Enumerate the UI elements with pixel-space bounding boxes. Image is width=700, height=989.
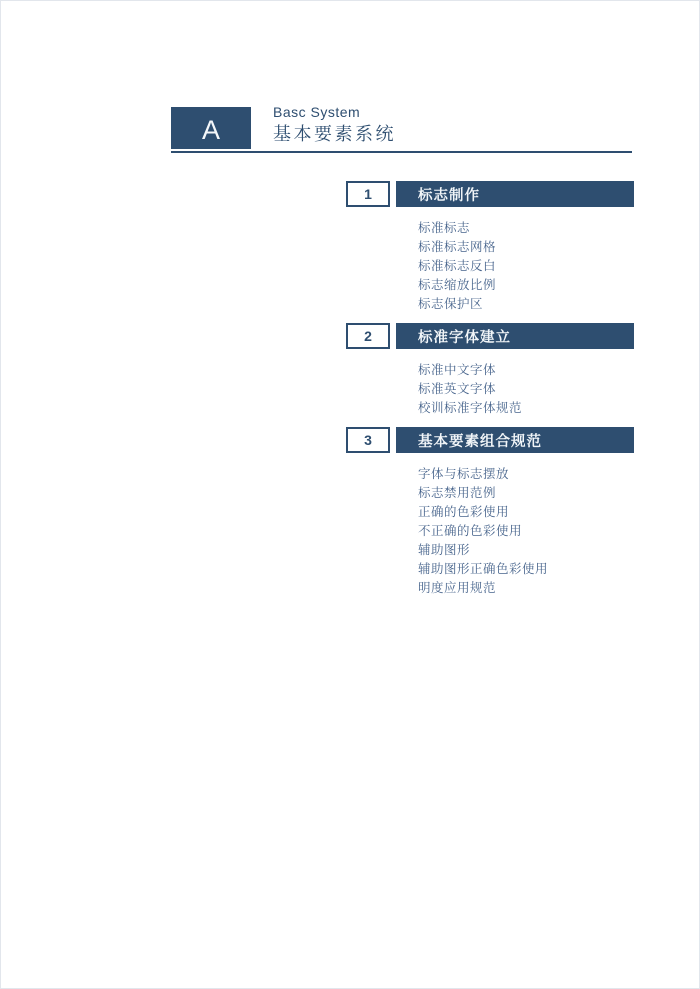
section-item-list: 字体与标志摆放 标志禁用范例 正确的色彩使用 不正确的色彩使用 辅助图形 辅助图…	[418, 465, 634, 598]
header-title-zh: 基本要素系统	[273, 122, 396, 147]
section-title: 基本要素组合规范	[418, 430, 542, 451]
header-titles: Basc System 基本要素系统	[273, 103, 396, 147]
section-title: 标准字体建立	[418, 326, 511, 347]
toc-item: 字体与标志摆放	[418, 465, 634, 484]
toc-section: 1 标志制作 标准标志 标准标志网格 标准标志反白 标志缩放比例 标志保护区	[346, 181, 634, 314]
header-rule	[171, 151, 632, 153]
section-number: 3	[364, 432, 372, 448]
toc-item: 辅助图形正确色彩使用	[418, 560, 634, 579]
toc-item: 明度应用规范	[418, 579, 634, 598]
toc-section: 3 基本要素组合规范 字体与标志摆放 标志禁用范例 正确的色彩使用 不正确的色彩…	[346, 427, 634, 598]
toc-item: 标志保护区	[418, 295, 634, 314]
section-title-bar: 标准字体建立	[396, 323, 634, 349]
toc-item: 标志缩放比例	[418, 276, 634, 295]
section-number-box: 3	[346, 427, 390, 453]
section-header: 1 标志制作	[346, 181, 634, 207]
toc-item: 标准标志反白	[418, 257, 634, 276]
toc-item: 不正确的色彩使用	[418, 522, 634, 541]
section-number: 1	[364, 186, 372, 202]
section-header: 3 基本要素组合规范	[346, 427, 634, 453]
toc-item: 辅助图形	[418, 541, 634, 560]
section-item-list: 标准标志 标准标志网格 标准标志反白 标志缩放比例 标志保护区	[418, 219, 634, 314]
section-header: 2 标准字体建立	[346, 323, 634, 349]
section-title: 标志制作	[418, 184, 480, 205]
header-title-en: Basc System	[273, 103, 396, 122]
section-title-bar: 基本要素组合规范	[396, 427, 634, 453]
toc-item: 标准英文字体	[418, 380, 634, 399]
toc-item: 标志禁用范例	[418, 484, 634, 503]
section-letter-box: A	[171, 107, 251, 149]
toc-item: 标准标志网格	[418, 238, 634, 257]
toc-item: 标准标志	[418, 219, 634, 238]
section-number-box: 1	[346, 181, 390, 207]
section-number-box: 2	[346, 323, 390, 349]
section-number: 2	[364, 328, 372, 344]
toc-section: 2 标准字体建立 标准中文字体 标准英文字体 校训标准字体规范	[346, 323, 634, 418]
toc-sections: 1 标志制作 标准标志 标准标志网格 标准标志反白 标志缩放比例 标志保护区 2…	[346, 181, 634, 607]
section-letter: A	[202, 117, 220, 144]
toc-item: 标准中文字体	[418, 361, 634, 380]
toc-item: 正确的色彩使用	[418, 503, 634, 522]
document-page: { "header": { "section_letter": "A", "ti…	[0, 0, 700, 989]
section-item-list: 标准中文字体 标准英文字体 校训标准字体规范	[418, 361, 634, 418]
section-title-bar: 标志制作	[396, 181, 634, 207]
toc-item: 校训标准字体规范	[418, 399, 634, 418]
